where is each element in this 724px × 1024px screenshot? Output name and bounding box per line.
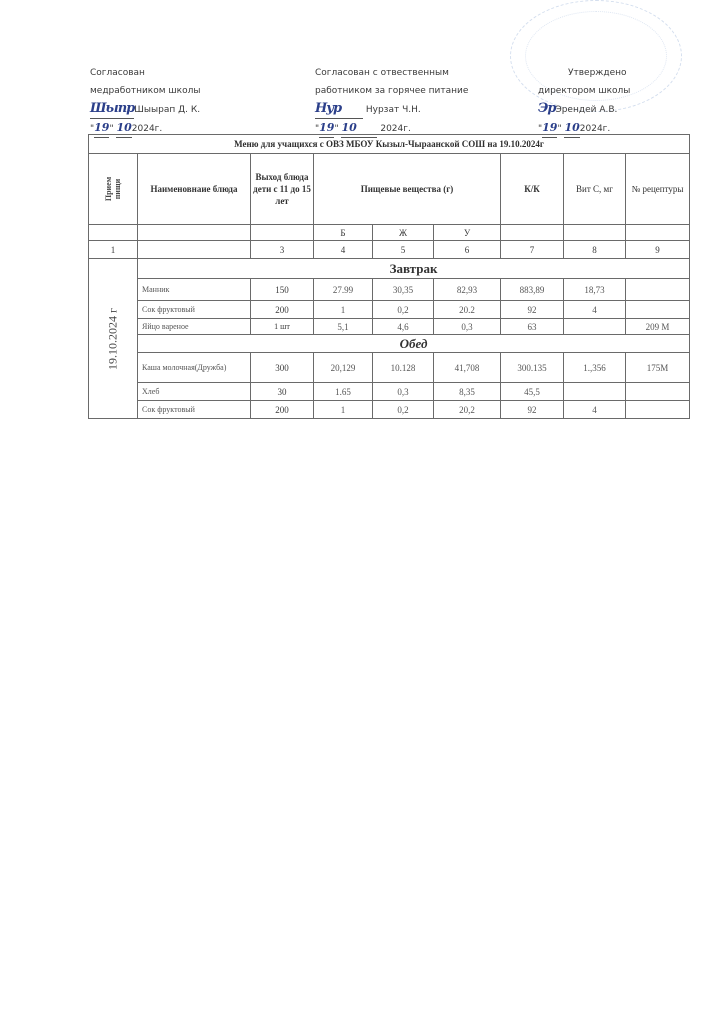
col-num: 1 [89, 241, 138, 259]
approval-line1: Согласован [90, 64, 200, 82]
table-row: Манник 150 27.99 30,35 82,93 883,89 18,7… [89, 279, 690, 301]
table-row: Каша молочная(Дружба) 300 20,129 10.128 … [89, 353, 690, 383]
col-num: 3 [251, 241, 314, 259]
section-lunch: Обед [89, 335, 690, 353]
protein: 20,129 [314, 353, 373, 383]
dish-name: Сок фруктовый [138, 301, 251, 319]
vitamin-c: 1.,356 [564, 353, 626, 383]
kcal: 63 [501, 319, 564, 335]
dish-name: Сок фруктовый [138, 401, 251, 419]
table-row: Яйцо вареное 1 шт 5,1 4,6 0,3 63 209 М [89, 319, 690, 335]
section-breakfast: 19.10.2024 г Завтрак [89, 259, 690, 279]
table-row: Хлеб 30 1.65 0,3 8,35 45,5 [89, 383, 690, 401]
kcal: 92 [501, 401, 564, 419]
protein: 5,1 [314, 319, 373, 335]
signature-icon: Эр [538, 100, 555, 118]
dish-name: Хлеб [138, 383, 251, 401]
yield: 1 шт [251, 319, 314, 335]
empty-cell [626, 225, 690, 241]
kcal: 45,5 [501, 383, 564, 401]
table-row: Сок фруктовый 200 1 0,2 20,2 92 4 [89, 401, 690, 419]
bju-fat: Ж [373, 225, 434, 241]
header-recipe: № рецептуры [626, 154, 690, 225]
kcal: 300.135 [501, 353, 564, 383]
header-yield: Выход блюда дети с 11 до 15 лет [251, 154, 314, 225]
vitamin-c: 18,73 [564, 279, 626, 301]
recipe-number [626, 279, 690, 301]
approval-name: Нурзат Ч.Н. [366, 105, 421, 115]
carbs: 41,708 [434, 353, 501, 383]
carbs: 0,3 [434, 319, 501, 335]
date-label: 19.10.2024 г [106, 308, 121, 370]
empty-cell [138, 225, 251, 241]
header-meal-label: Прием пищи [104, 171, 122, 207]
approval-year: 2024г. [132, 124, 163, 134]
date-cell: 19.10.2024 г [89, 259, 138, 419]
protein: 1.65 [314, 383, 373, 401]
yield: 300 [251, 353, 314, 383]
fat: 10.128 [373, 353, 434, 383]
col-num: 8 [564, 241, 626, 259]
approval-line2: медработником школы [90, 82, 200, 100]
col-num: 6 [434, 241, 501, 259]
header-meal: Прием пищи [89, 154, 138, 225]
vitamin-c [564, 319, 626, 335]
signature-icon: Нур [315, 100, 363, 119]
dish-name: Яйцо вареное [138, 319, 251, 335]
table-header-row: Прием пищи Наименовнаие блюда Выход блюд… [89, 154, 690, 225]
approval-medical: Согласован медработником школы ШыпрШыыра… [90, 64, 200, 138]
carbs: 20.2 [434, 301, 501, 319]
header-vitc: Вит С, мг [564, 154, 626, 225]
empty-cell [89, 225, 138, 241]
fat: 0,3 [373, 383, 434, 401]
empty-cell [501, 225, 564, 241]
vitamin-c: 4 [564, 401, 626, 419]
yield: 200 [251, 401, 314, 419]
approval-line2: директором школы [538, 82, 630, 100]
kcal: 92 [501, 301, 564, 319]
col-num [138, 241, 251, 259]
dish-name: Манник [138, 279, 251, 301]
fat: 0,2 [373, 301, 434, 319]
table-row: Сок фруктовый 200 1 0,2 20.2 92 4 [89, 301, 690, 319]
table-title-row: Меню для учащихся с ОВЗ МБОУ Кызыл-Чыраа… [89, 135, 690, 154]
bju-carbs: У [434, 225, 501, 241]
vitamin-c [564, 383, 626, 401]
col-num: 9 [626, 241, 690, 259]
carbs: 8,35 [434, 383, 501, 401]
recipe-number: 175М [626, 353, 690, 383]
signature-icon: Шыпр [90, 100, 134, 119]
bju-protein: Б [314, 225, 373, 241]
fat: 4,6 [373, 319, 434, 335]
approval-signature-line: Нур Нурзат Ч.Н. [315, 100, 468, 119]
protein: 1 [314, 401, 373, 419]
protein: 1 [314, 301, 373, 319]
col-num: 7 [501, 241, 564, 259]
yield: 30 [251, 383, 314, 401]
carbs: 82,93 [434, 279, 501, 301]
recipe-number: 209 М [626, 319, 690, 335]
dish-name: Каша молочная(Дружба) [138, 353, 251, 383]
approval-signature-line: ШыпрШыырап Д. К. [90, 100, 200, 119]
section-title: Завтрак [138, 259, 690, 279]
recipe-number [626, 301, 690, 319]
approval-line2: работником за горячее питание [315, 82, 468, 100]
header-dish: Наименовнаие блюда [138, 154, 251, 225]
approval-director: Утверждено директором школы ЭрЭрендей А.… [538, 64, 630, 138]
approval-name: Шыырап Д. К. [134, 105, 200, 115]
empty-cell [564, 225, 626, 241]
section-title: Обед [138, 335, 690, 353]
menu-table: Меню для учащихся с ОВЗ МБОУ Кызыл-Чыраа… [88, 134, 690, 419]
approval-year: 2024г. [380, 124, 411, 134]
col-num: 5 [373, 241, 434, 259]
fat: 0,2 [373, 401, 434, 419]
recipe-number [626, 401, 690, 419]
bju-row: Б Ж У [89, 225, 690, 241]
approval-signature-line: ЭрЭрендей А.В. [538, 100, 630, 119]
approval-name: Эрендей А.В. [555, 105, 617, 115]
column-number-row: 1 3 4 5 6 7 8 9 [89, 241, 690, 259]
fat: 30,35 [373, 279, 434, 301]
vitamin-c: 4 [564, 301, 626, 319]
col-num: 4 [314, 241, 373, 259]
header-nutrients: Пищевые вещества (г) [314, 154, 501, 225]
header-kk: К/К [501, 154, 564, 225]
approval-catering: Согласован с отвественным работником за … [315, 64, 468, 138]
carbs: 20,2 [434, 401, 501, 419]
approval-line1: Согласован с отвественным [315, 64, 468, 82]
table-title: Меню для учащихся с ОВЗ МБОУ Кызыл-Чыраа… [89, 135, 690, 154]
empty-cell [251, 225, 314, 241]
approval-year: 2024г. [580, 124, 611, 134]
approval-line1: Утверждено [538, 64, 630, 82]
kcal: 883,89 [501, 279, 564, 301]
yield: 200 [251, 301, 314, 319]
protein: 27.99 [314, 279, 373, 301]
yield: 150 [251, 279, 314, 301]
recipe-number [626, 383, 690, 401]
